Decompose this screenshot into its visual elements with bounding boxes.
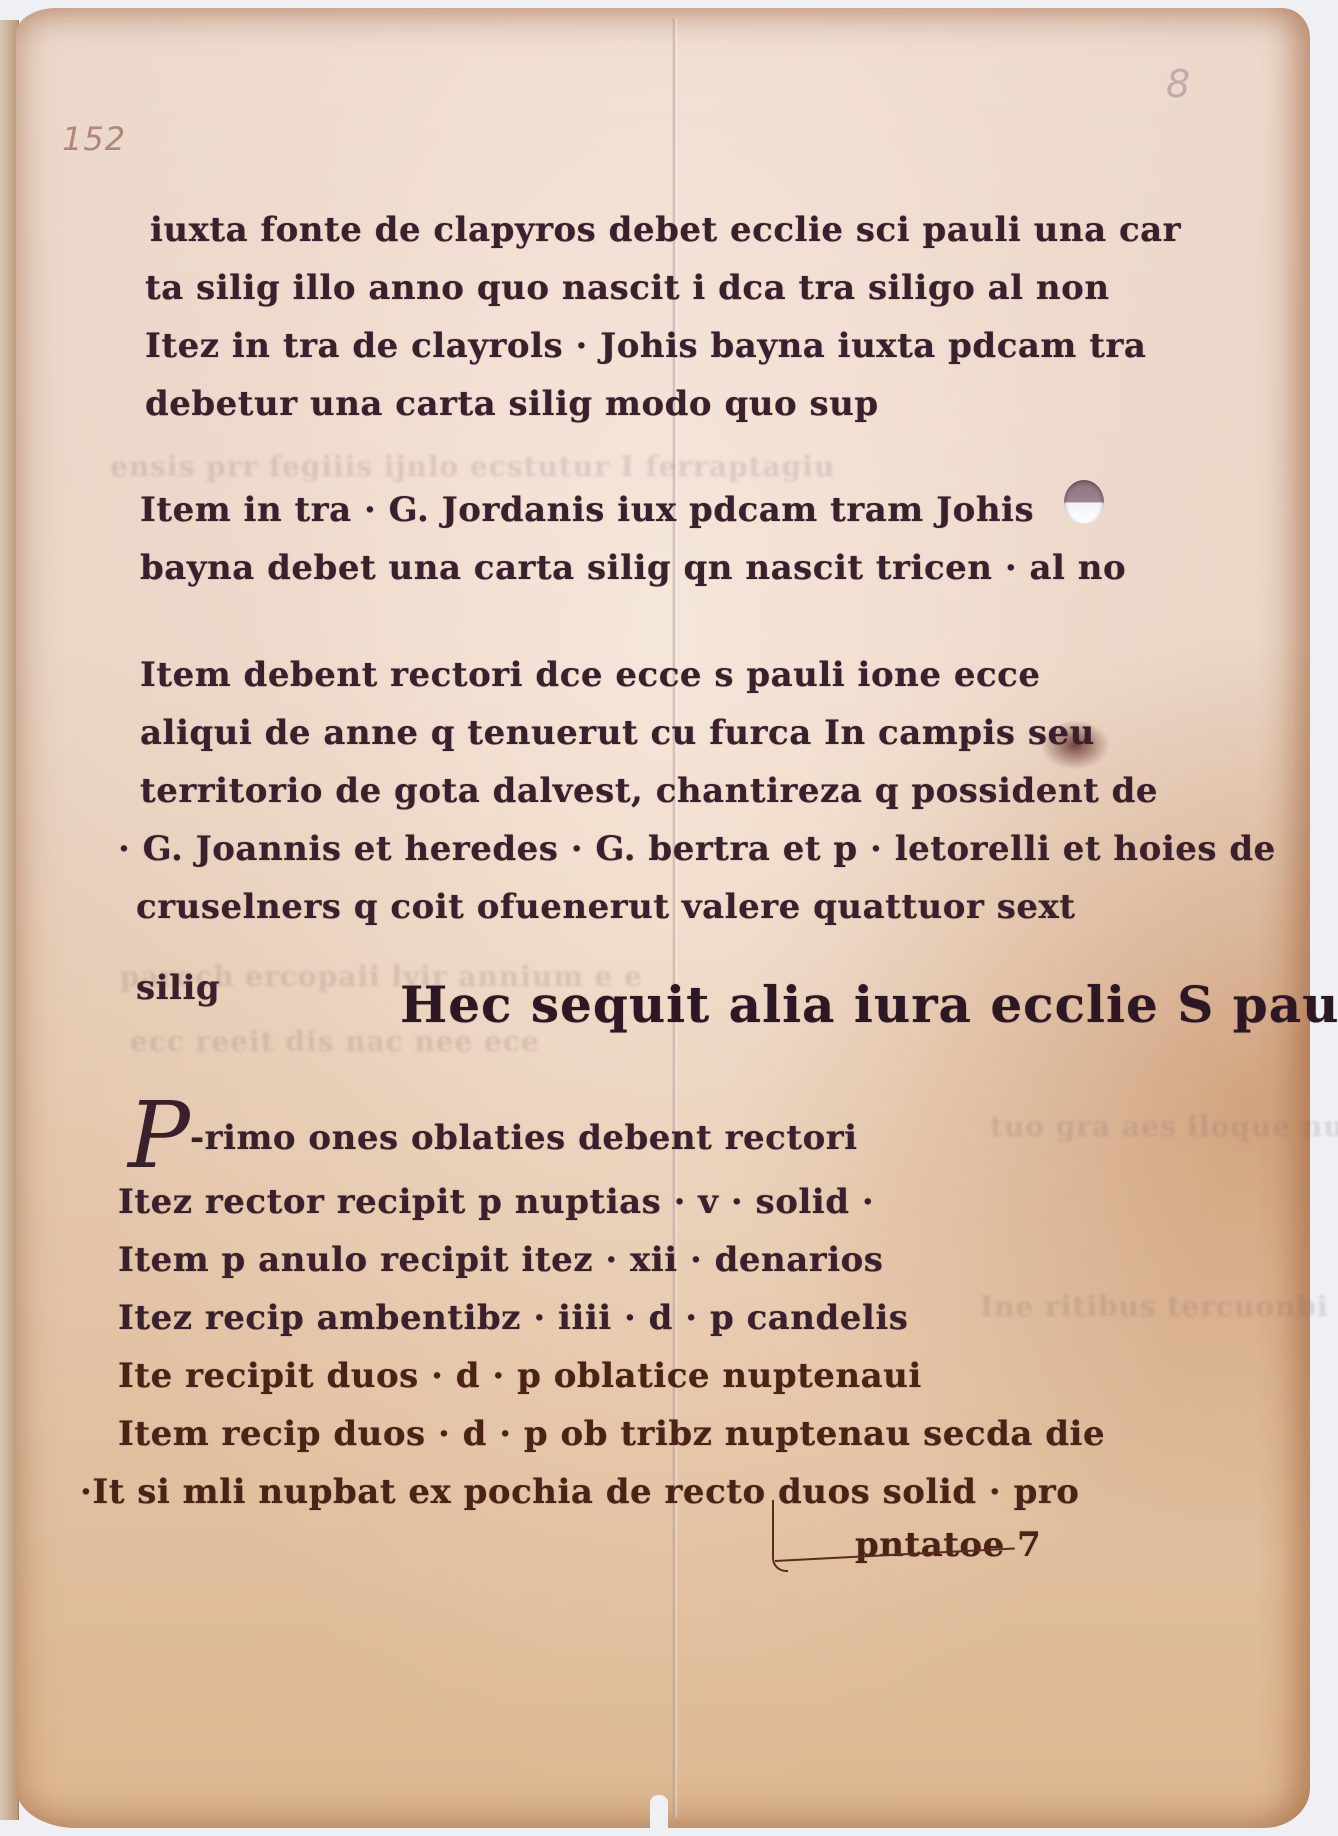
text-line: Item debent rectori dce ecce s pauli ion… xyxy=(140,655,1041,695)
text-line: bayna debet una carta silig qn nascit tr… xyxy=(140,548,1126,588)
text-line: · G. Joannis et heredes · G. bertra et p… xyxy=(118,829,1276,869)
text-line: silig xyxy=(136,968,220,1008)
text-line: cruselners q coit ofuenerut valere quatt… xyxy=(136,887,1075,927)
text-line: Itez recip ambentibz · iiii · d · p cand… xyxy=(118,1298,908,1338)
folio-number-left: 152 xyxy=(62,120,126,158)
folio-number-right: 8 xyxy=(1166,62,1190,106)
text-line: Item recip duos · d · p ob tribz nuptena… xyxy=(118,1414,1105,1454)
text-line: Ite recipit duos · d · p oblatice nupten… xyxy=(118,1356,922,1396)
text-line: Itez rector recipit p nuptias · v · soli… xyxy=(118,1182,874,1222)
bleed-through-text: ensis prr fegiiis ijnlo ecstutur I ferra… xyxy=(110,450,835,483)
bottom-fold-notch xyxy=(650,1795,668,1836)
punch-hole xyxy=(1064,480,1104,524)
text-line: iuxta fonte de clapyros debet ecclie sci… xyxy=(150,210,1181,250)
section-heading: Hec sequit alia iura ecclie S pauli xyxy=(400,975,1338,1034)
text-line: Item in tra · G. Jordanis iux pdcam tram… xyxy=(140,490,1034,530)
text-line: ta silig illo anno quo nascit i dca tra … xyxy=(145,268,1110,308)
text-line: ·It si mli nupbat ex pochia de recto duo… xyxy=(80,1472,1079,1512)
text-line: aliqui de anne q tenuerut cu furca In ca… xyxy=(140,713,1095,753)
text-line-signature: pntatoe 7 xyxy=(855,1525,1041,1565)
text-line: territorio de gota dalvest, chantireza q… xyxy=(140,771,1158,811)
text-line: debetur una carta silig modo quo sup xyxy=(145,384,879,424)
text-line: Itez in tra de clayrols · Johis bayna iu… xyxy=(145,326,1146,366)
decorated-initial: P xyxy=(128,1090,190,1182)
bleed-through-text: Ine ritibus tercuonbi xyxy=(980,1290,1329,1323)
bleed-through-text: tuo gra aes iloque nuptes xyxy=(990,1110,1338,1143)
text-line: Item p anulo recipit itez · xii · denari… xyxy=(118,1240,883,1280)
text-line: -rimo ones oblaties debent rectori xyxy=(190,1118,858,1158)
